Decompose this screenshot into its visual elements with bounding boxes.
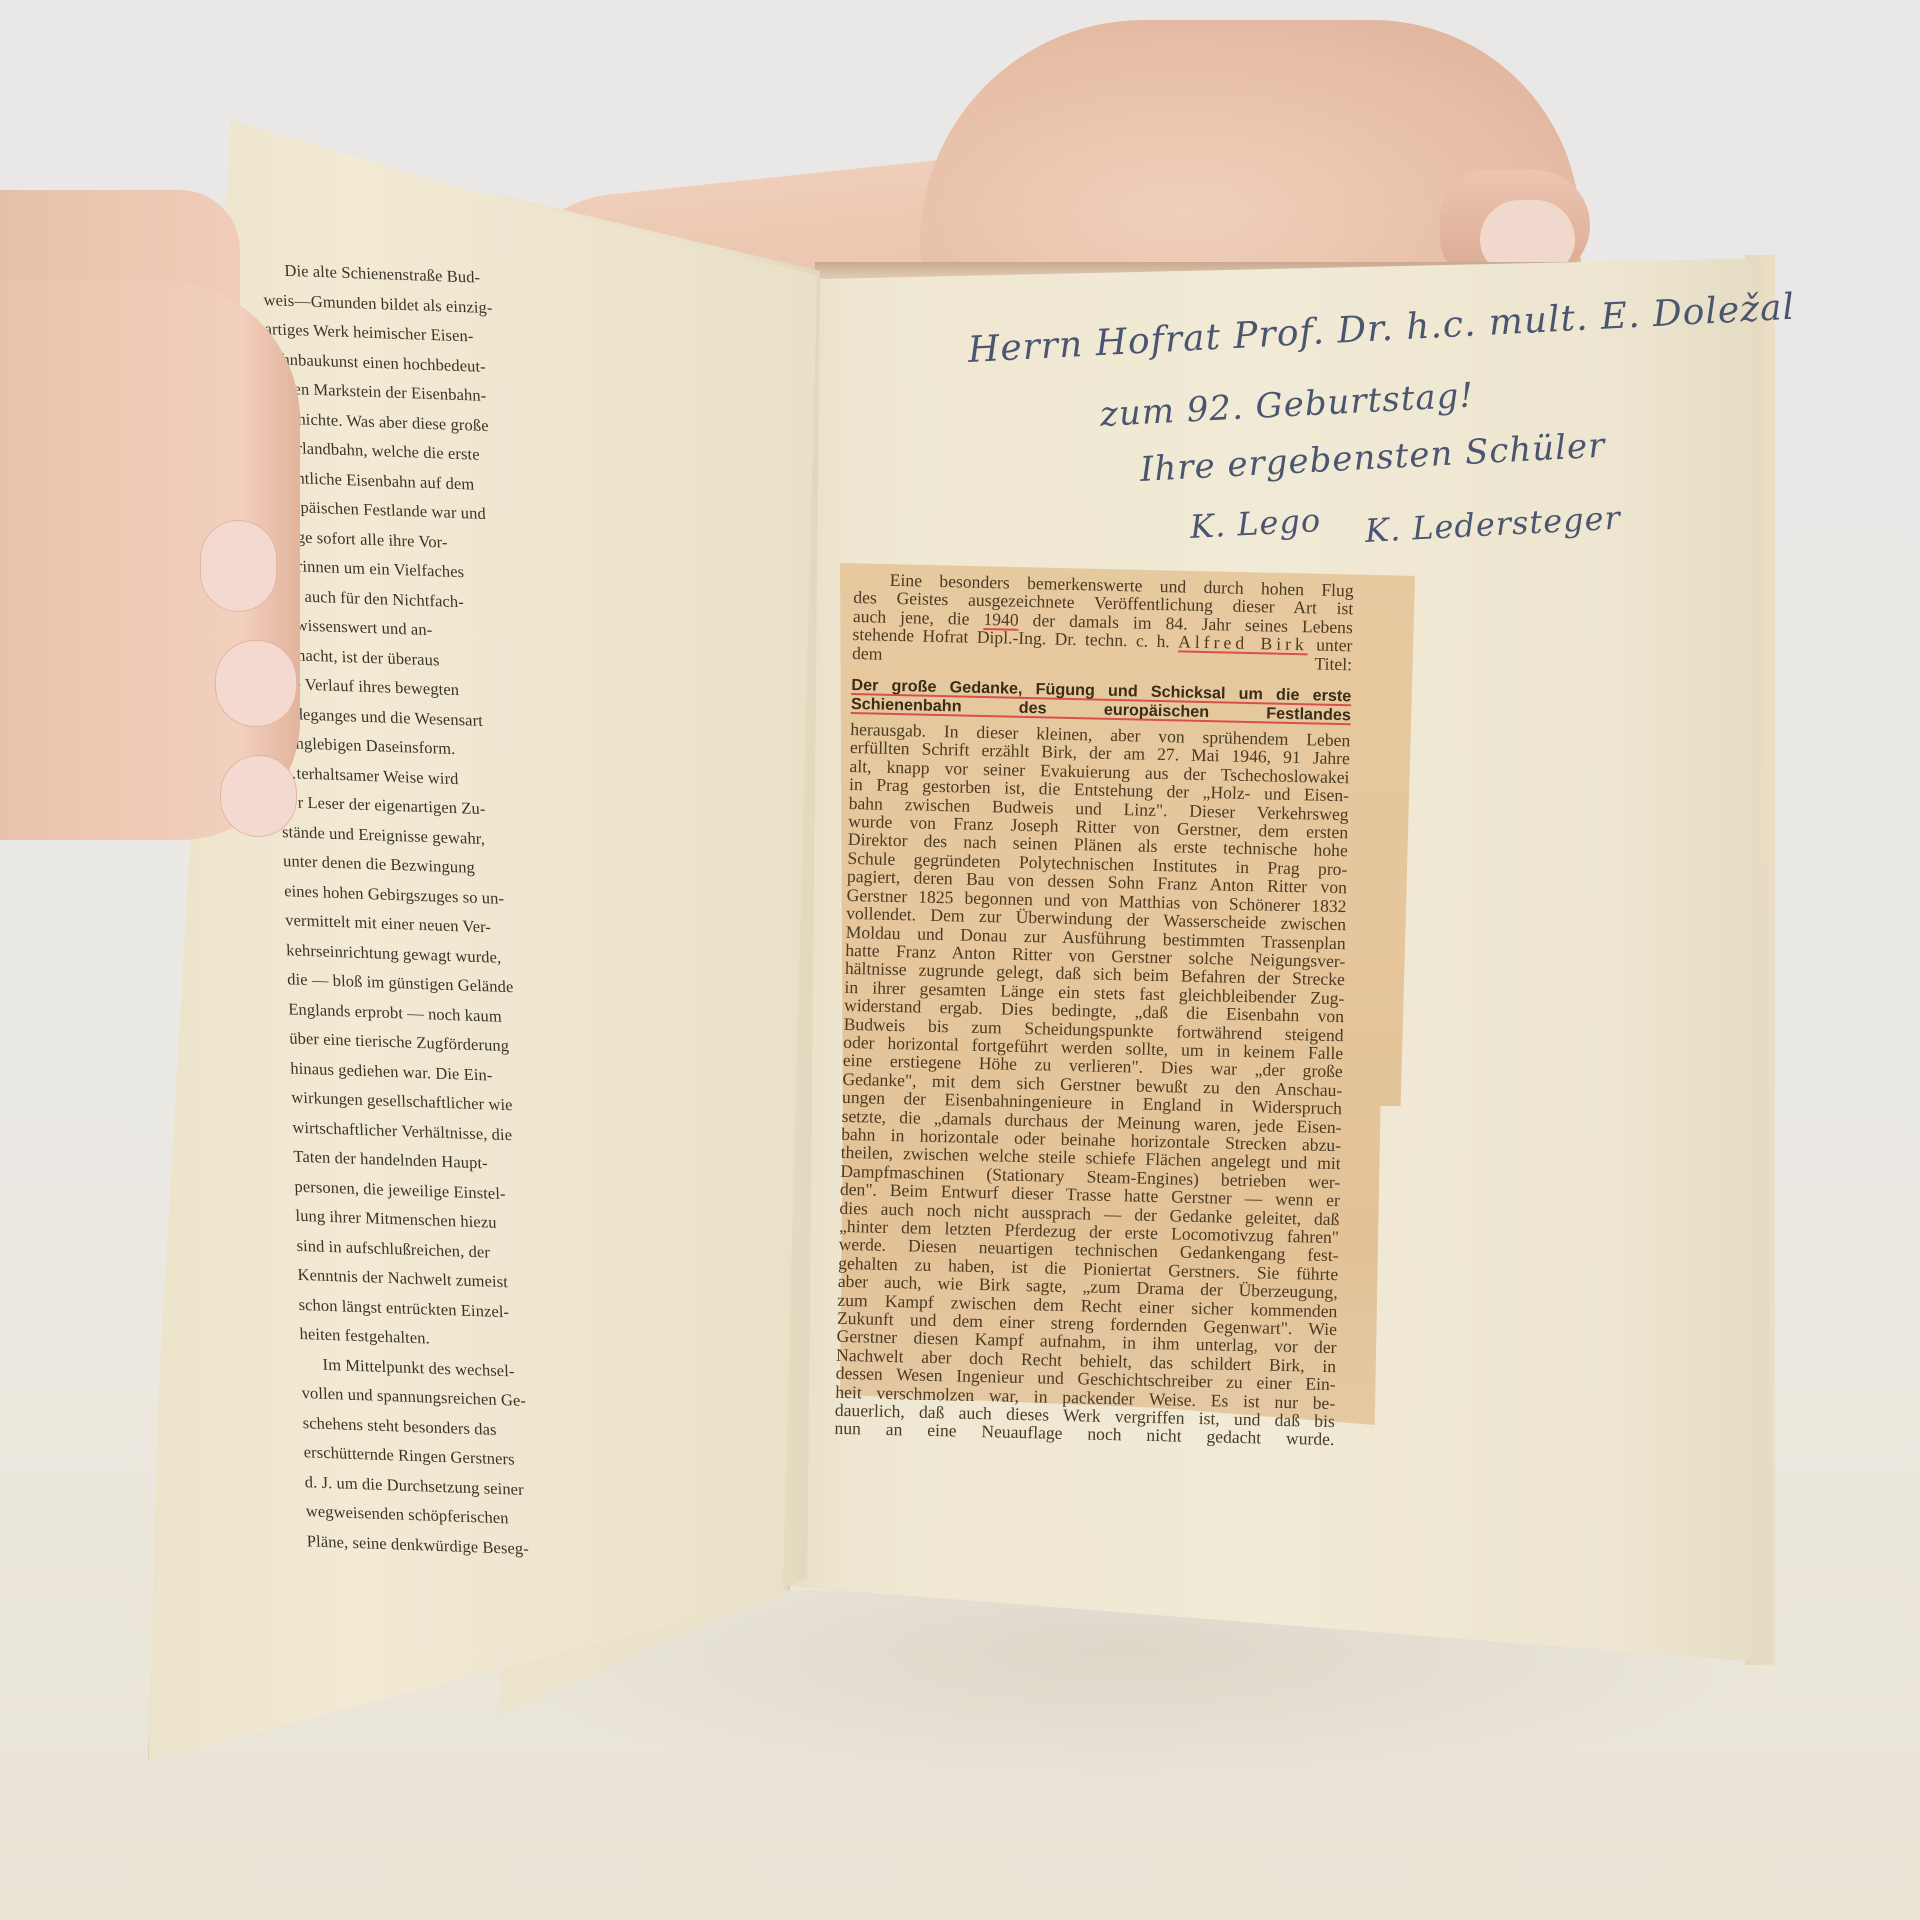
fingernail-2 bbox=[215, 640, 297, 727]
clipping-book-title: Der große Gedanke, Fügung und Schicksal … bbox=[851, 676, 1352, 725]
signature-left: K. Lego bbox=[1189, 501, 1322, 546]
fingernail-3 bbox=[220, 755, 297, 837]
clipping-text: Eine besonders bemerkenswerte und durch … bbox=[834, 570, 1354, 1449]
fingernail-1 bbox=[200, 520, 277, 612]
jacket-flap-text: Die alte Schienenstraße Bud- weis—Gmunde… bbox=[262, 255, 522, 1563]
